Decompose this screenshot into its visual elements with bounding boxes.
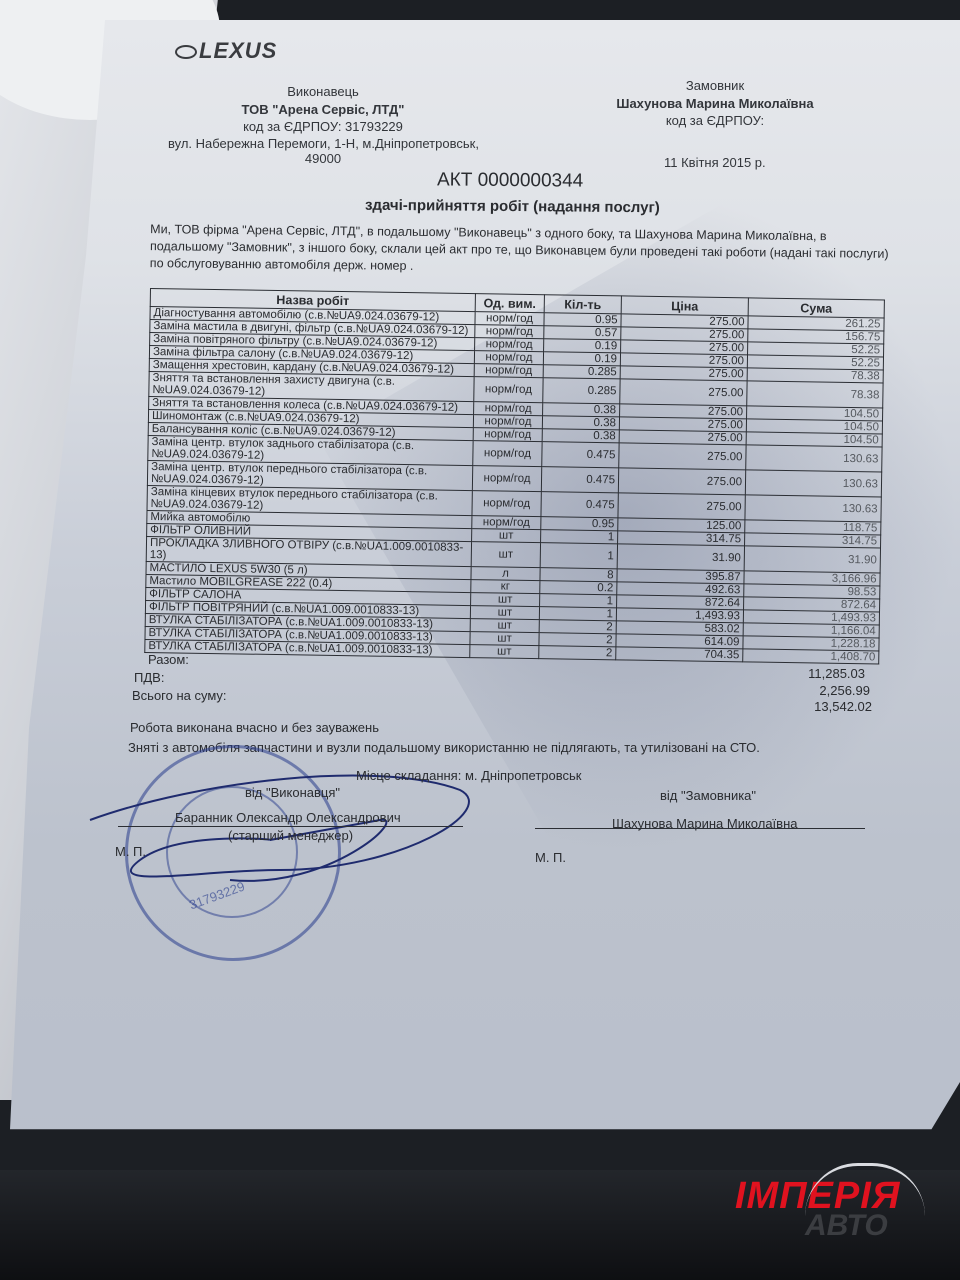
cell-price: 275.00 <box>619 443 746 470</box>
contractor-name: ТОВ "Арена Сервіс, ЛТД" <box>168 102 478 117</box>
customer-block: Замовник Шахунова Марина Миколаївна код … <box>600 78 830 128</box>
cell-qty: 8 <box>540 568 617 582</box>
stamp-place-right: М. П. <box>535 850 566 865</box>
cell-unit: шт <box>472 529 541 543</box>
cell-unit: кг <box>471 580 540 594</box>
cell-price: 275.00 <box>620 379 747 406</box>
subtotal-label: Разом: <box>148 652 189 667</box>
cell-unit: шт <box>470 619 539 633</box>
cell-price: 275.00 <box>618 493 745 520</box>
contractor-signatory: Баранник Олександр Олександрович <box>175 810 401 825</box>
customer-role: Замовник <box>600 78 830 93</box>
cell-unit: норм/год <box>474 377 543 403</box>
cell-unit: норм/год <box>473 441 542 467</box>
subtotal-value: 11,285.03 <box>790 666 865 681</box>
contractor-address: вул. Набережна Перемоги, 1-Н, м.Дніпропе… <box>168 136 478 151</box>
cell-qty: 0.19 <box>544 339 621 353</box>
cell-unit: шт <box>471 542 540 568</box>
cell-qty: 0.475 <box>542 442 619 468</box>
customer-signature-line <box>535 828 865 829</box>
document-content: LEXUS Виконавець ТОВ "Арена Сервіс, ЛТД"… <box>0 0 960 1280</box>
cell-qty: 1 <box>540 543 617 569</box>
watermark-line2: АВТО <box>805 1209 888 1243</box>
total-label: Всього на суму: <box>132 688 227 703</box>
act-title: АКТ 0000000344 <box>437 169 583 192</box>
lexus-emblem-icon <box>175 45 197 59</box>
cell-unit: норм/год <box>474 364 543 378</box>
cell-price: 275.00 <box>618 468 745 495</box>
from-contractor-label: від "Виконавця" <box>245 785 340 800</box>
header-unit: Од. вим. <box>475 294 544 313</box>
lexus-logo: LEXUS <box>175 38 277 64</box>
cell-qty: 2 <box>539 646 616 660</box>
from-customer-label: від "Замовника" <box>660 788 756 803</box>
contractor-position: (старший менеджер) <box>228 828 353 843</box>
header-price: Ціна <box>621 296 748 316</box>
cell-sum: 130.63 <box>746 445 882 472</box>
cell-unit: шт <box>471 593 540 607</box>
cell-qty: 0.19 <box>543 352 620 366</box>
works-table: Назва робіт Од. вим. Кіл-ть Ціна Сума Ді… <box>144 288 885 664</box>
document-date: 11 Квітня 2015 р. <box>664 155 766 170</box>
cell-qty: 1 <box>539 607 616 621</box>
cell-unit: норм/год <box>472 491 541 517</box>
act-intro: Ми, ТОВ фірма "Арена Сервіс, ЛТД", в под… <box>150 221 890 280</box>
cell-qty: 0.2 <box>540 581 617 595</box>
cell-sum: 78.38 <box>747 381 883 408</box>
contractor-postcode: 49000 <box>168 151 478 166</box>
cell-unit: норм/год <box>474 402 543 416</box>
cell-qty: 0.57 <box>544 326 621 340</box>
customer-code: код за ЄДРПОУ: <box>600 113 830 128</box>
total-value: 13,542.02 <box>790 699 872 714</box>
cell-qty: 0.475 <box>541 467 618 493</box>
act-subtitle: здачі-прийняття робіт (надання послуг) <box>365 197 660 217</box>
cell-price: 31.90 <box>617 544 744 571</box>
cell-unit: шт <box>470 606 539 620</box>
cell-qty: 0.38 <box>542 416 619 430</box>
contractor-code: код за ЄДРПОУ: 31793229 <box>168 119 478 134</box>
cell-sum: 31.90 <box>744 546 880 573</box>
cell-unit: норм/год <box>474 351 543 365</box>
stamp-place-left: М. П. <box>115 844 146 859</box>
header-qty: Кіл-ть <box>544 295 621 314</box>
cell-unit: норм/год <box>472 466 541 492</box>
cell-price: 704.35 <box>616 647 743 662</box>
cell-qty: 0.95 <box>544 313 621 327</box>
place-of-issue: Місце складання: м. Дніпропетровськ <box>356 768 581 783</box>
cell-sum: 130.63 <box>745 470 881 497</box>
cell-unit: норм/год <box>475 312 544 326</box>
cell-qty: 2 <box>539 620 616 634</box>
cell-qty: 0.38 <box>542 429 619 443</box>
cell-qty: 0.285 <box>543 365 620 379</box>
imperia-avto-watermark: ІМПЕРІЯ АВТО <box>735 1175 901 1218</box>
cell-sum: 1,408.70 <box>743 649 879 664</box>
cell-qty: 0.285 <box>543 378 620 404</box>
cell-unit: норм/год <box>475 338 544 352</box>
cell-sum: 130.63 <box>745 495 881 522</box>
cell-unit: норм/год <box>473 415 542 429</box>
cell-unit: норм/год <box>472 516 541 530</box>
cell-unit: шт <box>470 645 539 659</box>
cell-qty: 2 <box>539 633 616 647</box>
cell-qty: 0.95 <box>541 517 618 531</box>
vat-label: ПДВ: <box>134 670 164 685</box>
vat-value: 2,256.99 <box>790 683 870 698</box>
cell-qty: 0.38 <box>543 403 620 417</box>
note-completed: Робота виконана вчасно и без зауважень <box>130 720 379 735</box>
cell-qty: 1 <box>540 594 617 608</box>
cell-unit: норм/год <box>475 325 544 339</box>
cell-unit: норм/год <box>473 428 542 442</box>
cell-unit: шт <box>470 632 539 646</box>
customer-name: Шахунова Марина Миколаївна <box>600 96 830 111</box>
brand-name: LEXUS <box>199 38 277 63</box>
contractor-block: Виконавець ТОВ "Арена Сервіс, ЛТД" код з… <box>168 84 478 166</box>
header-sum: Сума <box>748 298 884 318</box>
contractor-role: Виконавець <box>168 84 478 99</box>
cell-qty: 0.475 <box>541 492 618 518</box>
cell-unit: л <box>471 567 540 581</box>
table-body: Діагностування автомобілю (с.в.№UA9.024.… <box>145 307 884 664</box>
cell-qty: 1 <box>541 530 618 544</box>
